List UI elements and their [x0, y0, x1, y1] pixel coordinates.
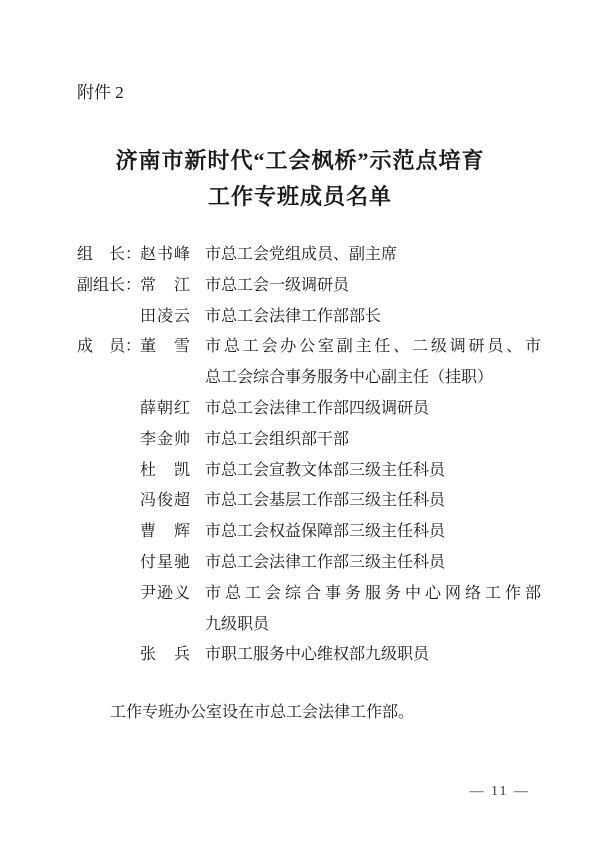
member-position-line: 市总工会法律工作部部长: [205, 302, 541, 333]
member-position: 市总工会权益保障部三级主任科员: [205, 517, 541, 548]
member-role: 成 员：: [77, 332, 140, 363]
member-row: 成 员：董 雪市总工会办公室副主任、二级调研员、市总工会综合事务服务中心副主任（…: [77, 332, 541, 394]
member-position: 市总工会法律工作部三级主任科员: [205, 548, 541, 579]
document-title: 济南市新时代“工会枫桥”示范点培育 工作专班成员名单: [0, 143, 600, 215]
member-name: 李金帅: [140, 425, 190, 456]
member-position: 市职工服务中心维权部九级职员: [205, 640, 541, 671]
member-name: 曹 辉: [140, 517, 190, 548]
page-number: — 11 —: [470, 784, 530, 800]
members-list: 组 长：赵书峰市总工会党组成员、副主席副组长：常 江市总工会一级调研员田凌云市总…: [77, 240, 541, 671]
closing-note: 工作专班办公室设在市总工会法律工作部。: [110, 698, 414, 729]
member-row: 田凌云市总工会法律工作部部长: [77, 302, 541, 333]
document-title-line1: 济南市新时代“工会枫桥”示范点培育: [0, 143, 600, 179]
member-row: 付星驰市总工会法律工作部三级主任科员: [77, 548, 541, 579]
member-role: 副组长：: [77, 271, 140, 302]
document-title-line2: 工作专班成员名单: [0, 179, 600, 215]
member-position: 市总工会党组成员、副主席: [205, 240, 541, 271]
member-position: 市总工会法律工作部四级调研员: [205, 394, 541, 425]
member-name: 杜 凯: [140, 456, 190, 487]
member-row: 组 长：赵书峰市总工会党组成员、副主席: [77, 240, 541, 271]
member-position-line: 市总工会法律工作部三级主任科员: [205, 548, 541, 579]
member-row: 冯俊超市总工会基层工作部三级主任科员: [77, 486, 541, 517]
member-row: 李金帅市总工会组织部干部: [77, 425, 541, 456]
member-name: 薛朝红: [140, 394, 190, 425]
member-position: 市总工会基层工作部三级主任科员: [205, 486, 541, 517]
member-name: 赵书峰: [140, 240, 190, 271]
member-row: 杜 凯市总工会宣教文体部三级主任科员: [77, 456, 541, 487]
member-name: 付星驰: [140, 548, 190, 579]
member-role: 组 长：: [77, 240, 140, 271]
member-row: 曹 辉市总工会权益保障部三级主任科员: [77, 517, 541, 548]
member-position-line: 市职工服务中心维权部九级职员: [205, 640, 541, 671]
member-name: 尹逊义: [140, 579, 190, 610]
member-position-line: 九级职员: [205, 610, 541, 641]
member-position-line: 市总工会宣教文体部三级主任科员: [205, 456, 541, 487]
member-position-line: 市总工会组织部干部: [205, 425, 541, 456]
document-page: 附件 2 济南市新时代“工会枫桥”示范点培育 工作专班成员名单 组 长：赵书峰市…: [0, 0, 600, 848]
member-name: 常 江: [140, 271, 190, 302]
member-position-line: 市总工会综合事务服务中心网络工作部: [205, 579, 541, 610]
member-position: 市总工会法律工作部部长: [205, 302, 541, 333]
member-position-line: 市总工会基层工作部三级主任科员: [205, 486, 541, 517]
member-row: 薛朝红市总工会法律工作部四级调研员: [77, 394, 541, 425]
attachment-label: 附件 2: [77, 81, 124, 105]
member-position-line: 市总工会权益保障部三级主任科员: [205, 517, 541, 548]
member-position: 市总工会宣教文体部三级主任科员: [205, 456, 541, 487]
member-position-line: 市总工会一级调研员: [205, 271, 541, 302]
member-position-line: 市总工会党组成员、副主席: [205, 240, 541, 271]
member-name: 董 雪: [140, 332, 190, 363]
member-position: 市总工会办公室副主任、二级调研员、市总工会综合事务服务中心副主任（挂职）: [205, 332, 541, 394]
member-position-line: 市总工会法律工作部四级调研员: [205, 394, 541, 425]
member-name: 田凌云: [140, 302, 190, 333]
member-position-line: 市总工会办公室副主任、二级调研员、市: [205, 332, 541, 363]
member-position: 市总工会一级调研员: [205, 271, 541, 302]
member-row: 副组长：常 江市总工会一级调研员: [77, 271, 541, 302]
member-name: 张 兵: [140, 640, 190, 671]
member-row: 尹逊义市总工会综合事务服务中心网络工作部九级职员: [77, 579, 541, 641]
member-position: 市总工会组织部干部: [205, 425, 541, 456]
member-row: 张 兵市职工服务中心维权部九级职员: [77, 640, 541, 671]
member-position: 市总工会综合事务服务中心网络工作部九级职员: [205, 579, 541, 641]
member-position-line: 总工会综合事务服务中心副主任（挂职）: [205, 363, 541, 394]
member-name: 冯俊超: [140, 486, 190, 517]
